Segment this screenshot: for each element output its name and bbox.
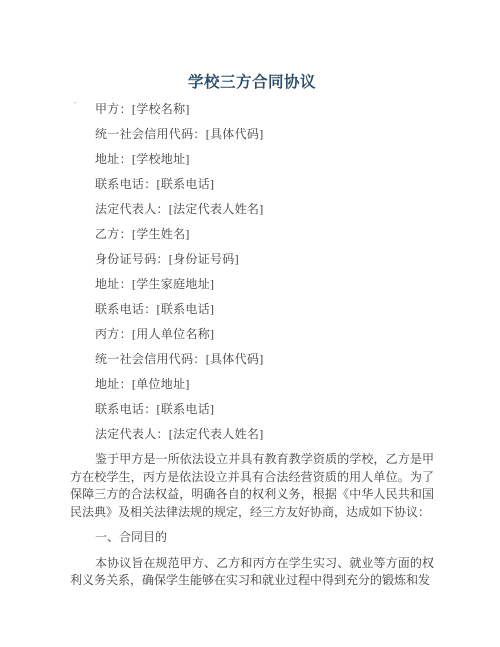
field-party-c-name: 丙方：[用人单位名称]: [70, 326, 434, 343]
field-party-a-phone: 联系电话：[联系电话]: [70, 176, 434, 193]
section-body-paragraph: 本协议旨在规范甲方、乙方和丙方在学生实习、就业等方面的权利义务关系，确保学生能够…: [70, 555, 434, 590]
field-party-b-phone: 联系电话：[联系电话]: [70, 301, 434, 318]
field-party-c-credit-code: 统一社会信用代码：[具体代码]: [70, 351, 434, 368]
field-party-a-name: 甲方：[学校名称]: [70, 101, 434, 118]
document-title: 学校三方合同协议: [70, 72, 434, 94]
field-party-b-address: 地址：[学生家庭地址]: [70, 276, 434, 293]
field-party-a-credit-code: 统一社会信用代码：[具体代码]: [70, 126, 434, 143]
section-heading-contract-purpose: 一、合同目的: [70, 529, 434, 547]
field-party-c-phone: 联系电话：[联系电话]: [70, 401, 434, 418]
document-content: 学校三方合同协议 甲方：[学校名称] 统一社会信用代码：[具体代码] 地址：[学…: [0, 0, 500, 590]
field-party-c-address: 地址：[单位地址]: [70, 376, 434, 393]
field-party-c-legal-rep: 法定代表人：[法定代表人姓名]: [70, 426, 434, 443]
preamble-paragraph: 鉴于甲方是一所依法设立并具有教育教学资质的学校，乙方是甲方在校学生，丙方是依法设…: [70, 451, 434, 521]
field-party-b-id-number: 身份证号码：[身份证号码]: [70, 251, 434, 268]
field-party-b-name: 乙方：[学生姓名]: [70, 226, 434, 243]
contract-document-page: · 学校三方合同协议 甲方：[学校名称] 统一社会信用代码：[具体代码] 地址：…: [0, 0, 500, 647]
field-party-a-legal-rep: 法定代表人：[法定代表人姓名]: [70, 201, 434, 218]
field-party-a-address: 地址：[学校地址]: [70, 151, 434, 168]
